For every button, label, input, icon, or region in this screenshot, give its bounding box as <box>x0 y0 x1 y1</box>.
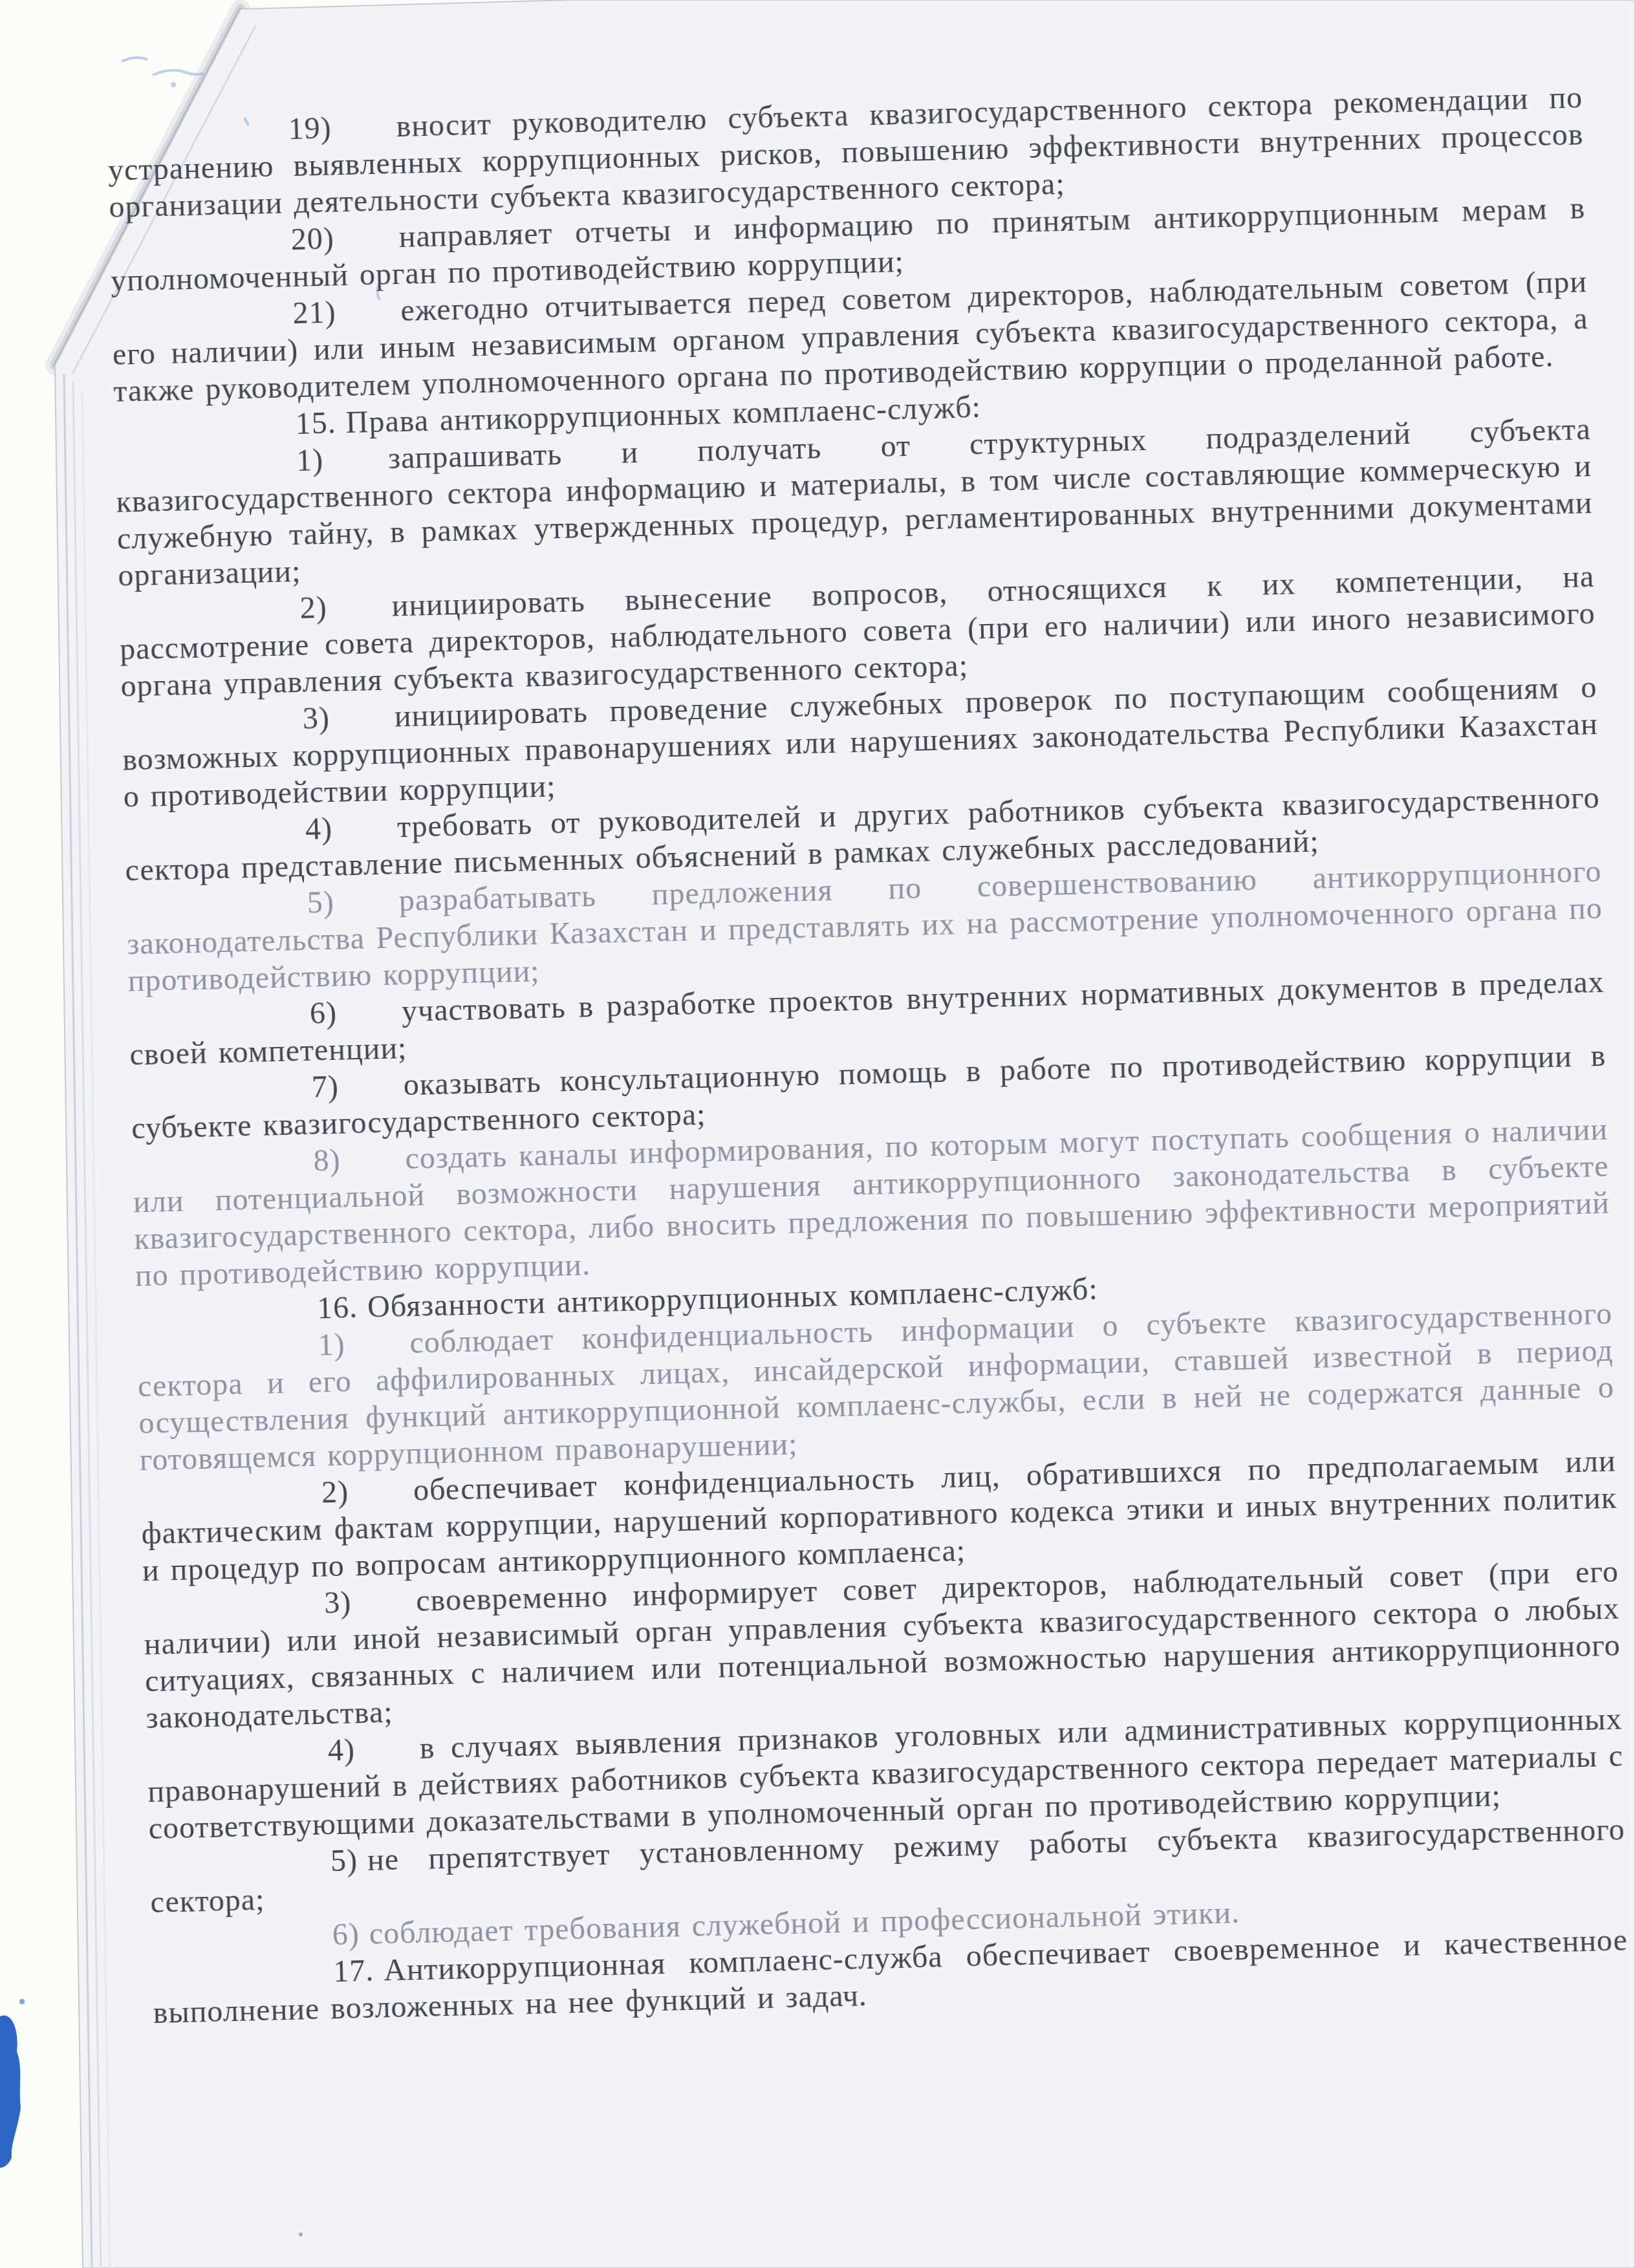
number-gap <box>334 247 399 248</box>
number-gap <box>334 911 399 912</box>
number-gap <box>332 136 396 138</box>
paragraph-number: 5) <box>307 885 334 920</box>
paragraph-number: 20) <box>290 221 334 257</box>
paragraph-number: 4) <box>305 812 332 847</box>
paragraph-number: 21) <box>292 295 336 330</box>
paragraph-number: 16. <box>317 1290 358 1326</box>
paragraph-number: 4) <box>327 1733 355 1767</box>
number-gap <box>349 1500 413 1502</box>
paragraph-number: 7) <box>311 1070 339 1105</box>
number-gap <box>341 1169 406 1170</box>
paragraph-number: 6) <box>332 1917 360 1952</box>
paragraph-number: 15. <box>295 405 336 441</box>
number-gap <box>345 1353 410 1354</box>
ink-speck <box>19 1999 25 2004</box>
number-gap <box>323 469 388 470</box>
number-gap <box>339 1095 404 1096</box>
paragraph-number: 2) <box>299 590 327 625</box>
number-gap <box>336 321 401 322</box>
number-gap <box>355 1758 420 1760</box>
paragraph-number: 17. <box>333 1954 374 1989</box>
paragraph-number: 2) <box>321 1475 349 1510</box>
scanned-document-page: { "page": { "paper_color": "#f2f2f7", "s… <box>0 0 1635 2268</box>
paragraph-number: 1) <box>318 1328 345 1363</box>
paragraph-number: 8) <box>313 1143 341 1178</box>
paragraph-number: 1) <box>296 443 323 478</box>
paragraph-number: 3) <box>302 701 330 736</box>
paragraph-number: 5) <box>330 1843 358 1878</box>
paragraph-number: 3) <box>324 1585 352 1620</box>
number-gap <box>337 1021 402 1022</box>
document-text: 19)вносит руководителю субъекта квазигос… <box>107 79 1629 2031</box>
number-gap <box>327 616 392 617</box>
number-gap <box>330 726 395 728</box>
number-gap <box>332 837 397 838</box>
paragraph-number: 6) <box>309 996 337 1031</box>
dust-speck <box>299 2232 303 2236</box>
number-gap <box>352 1611 417 1612</box>
paragraph-number: 19) <box>288 111 332 147</box>
pen-speck <box>171 82 176 87</box>
